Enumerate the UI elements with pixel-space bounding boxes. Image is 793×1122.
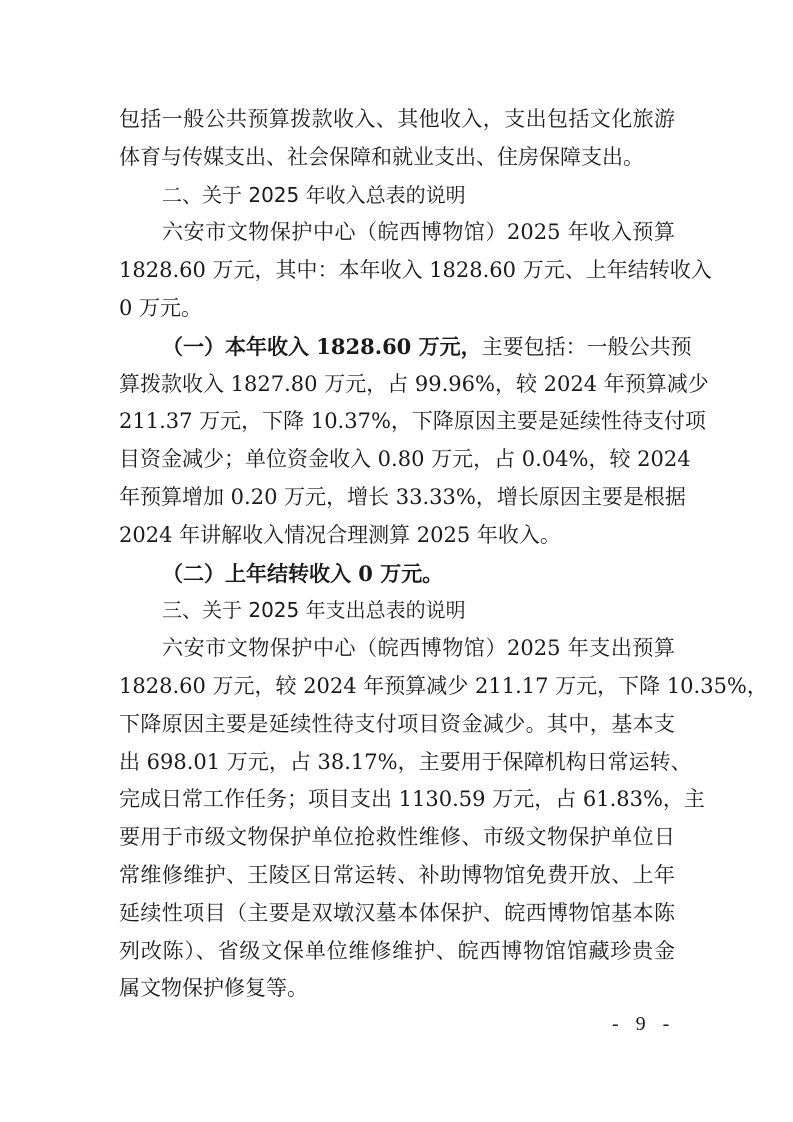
- text-line: 要用于市级文物保护单位抢救性维修、市级文物保护单位日: [119, 819, 675, 857]
- text-line: 211.37 万元，下降 10.37%，下降原因主要是延续性待支付项: [119, 403, 675, 441]
- text-line: 2024 年讲解收入情况合理测算 2025 年收入。: [119, 517, 675, 555]
- subheading-current-year-income: （一）本年收入 1828.60 万元，: [162, 334, 482, 359]
- section-heading-expenditure: 三、关于 2025 年支出总表的说明: [119, 592, 675, 630]
- page-number: - 9 -: [612, 1013, 675, 1036]
- intro-paragraph: 包括一般公共预算拨款收入、其他收入，支出包括文化旅游 体育与传媒支出、社会保障和…: [119, 101, 675, 177]
- text-line: 出 698.01 万元，占 38.17%，主要用于保障机构日常运转、: [119, 744, 675, 782]
- text-line: （一）本年收入 1828.60 万元，主要包括：一般公共预: [119, 328, 675, 366]
- text-line: 算拨款收入 1827.80 万元，占 99.96%，较 2024 年预算减少: [119, 366, 675, 404]
- subheading-carryover-income: （二）上年结转收入 0 万元。: [119, 555, 675, 593]
- section-heading-income: 二、关于 2025 年收入总表的说明: [119, 177, 675, 215]
- text-line: 常维修维护、王陵区日常运转、补助博物馆免费开放、上年: [119, 857, 675, 895]
- expenditure-summary-paragraph: 六安市文物保护中心（皖西博物馆）2025 年支出预算 1828.60 万元，较 …: [119, 630, 675, 1008]
- current-year-income-paragraph: （一）本年收入 1828.60 万元，主要包括：一般公共预 算拨款收入 1827…: [119, 328, 675, 555]
- income-summary-paragraph: 六安市文物保护中心（皖西博物馆）2025 年收入预算 1828.60 万元，其中…: [119, 214, 675, 327]
- text-line: 1828.60 万元，其中：本年收入 1828.60 万元、上年结转收入: [119, 252, 675, 290]
- text-fragment: 主要包括：一般公共预: [482, 335, 692, 359]
- text-line: 年预算增加 0.20 万元，增长 33.33%，增长原因主要是根据: [119, 479, 675, 517]
- text-line: 属文物保护修复等。: [119, 970, 675, 1008]
- text-line: 六安市文物保护中心（皖西博物馆）2025 年支出预算: [119, 630, 675, 668]
- text-line: 体育与传媒支出、社会保障和就业支出、住房保障支出。: [119, 139, 675, 177]
- text-line: 完成日常工作任务；项目支出 1130.59 万元，占 61.83%，主: [119, 781, 675, 819]
- text-line: 延续性项目（主要是双墩汉墓本体保护、皖西博物馆基本陈: [119, 895, 675, 933]
- text-line: 六安市文物保护中心（皖西博物馆）2025 年收入预算: [119, 214, 675, 252]
- text-line: 下降原因主要是延续性待支付项目资金减少。其中，基本支: [119, 706, 675, 744]
- text-line: 目资金减少；单位资金收入 0.80 万元，占 0.04%，较 2024: [119, 441, 675, 479]
- text-line: 包括一般公共预算拨款收入、其他收入，支出包括文化旅游: [119, 101, 675, 139]
- text-line: 1828.60 万元，较 2024 年预算减少 211.17 万元，下降 10.…: [119, 668, 675, 706]
- document-page: 包括一般公共预算拨款收入、其他收入，支出包括文化旅游 体育与传媒支出、社会保障和…: [119, 101, 675, 1008]
- text-line: 0 万元。: [119, 290, 675, 328]
- text-line: 列改陈）、省级文保单位维修维护、皖西博物馆馆藏珍贵金: [119, 933, 675, 971]
